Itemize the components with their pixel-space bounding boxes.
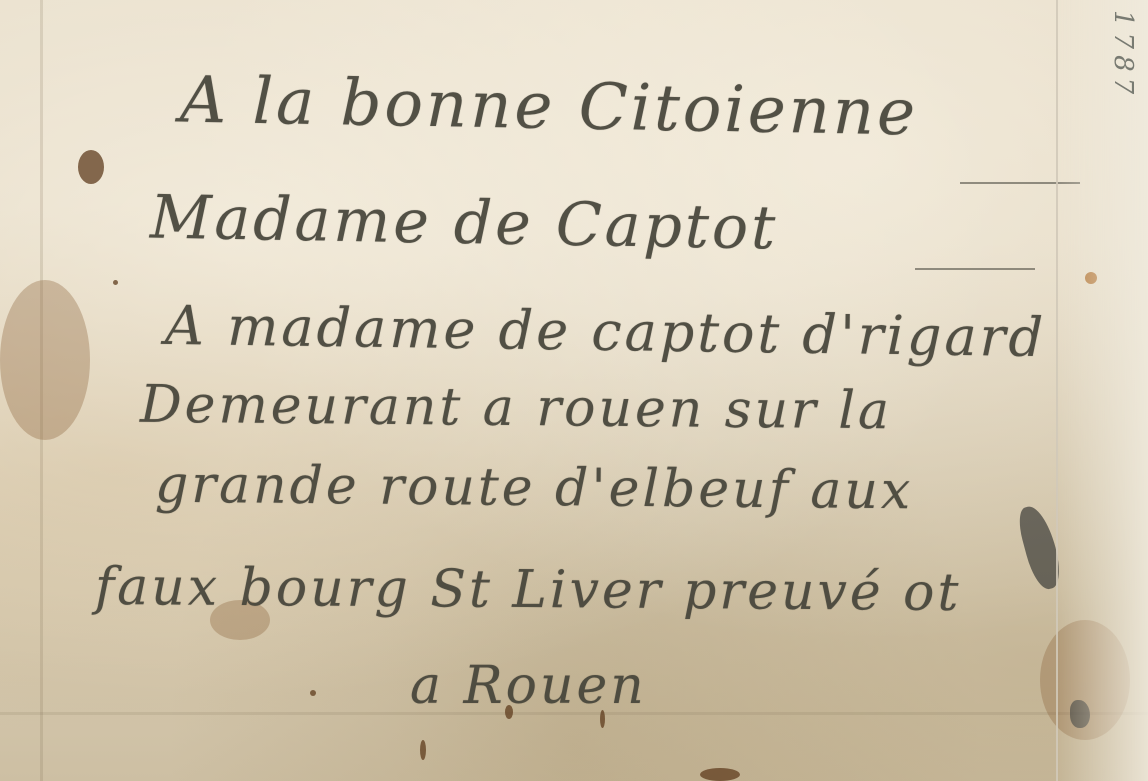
letter-paper: A la bonne Citoienne Madame de Captot A … — [0, 0, 1148, 781]
adjacent-sheet-edge: 1787 — [1056, 0, 1148, 781]
address-line-7: a Rouen — [410, 656, 647, 716]
ink-stain — [700, 768, 740, 781]
age-spot — [0, 280, 90, 440]
address-line-2: Madame de Captot — [149, 183, 778, 264]
margin-note: 1787 — [1108, 10, 1138, 100]
flourish-stroke — [915, 268, 1035, 270]
address-line-3: A madame de captot d'rigard — [165, 294, 1047, 369]
ink-dot — [310, 690, 316, 696]
ink-stain — [78, 150, 104, 184]
address-line-4: Demeurant a rouen sur la — [140, 375, 892, 442]
address-line-1: A la bonne Citoienne — [179, 64, 918, 151]
address-line-6: faux bourg St Liver preuvé ot — [95, 557, 962, 623]
ink-dot — [113, 280, 118, 285]
address-line-5: grande route d'elbeuf aux — [155, 455, 914, 522]
ink-dot — [420, 740, 426, 760]
